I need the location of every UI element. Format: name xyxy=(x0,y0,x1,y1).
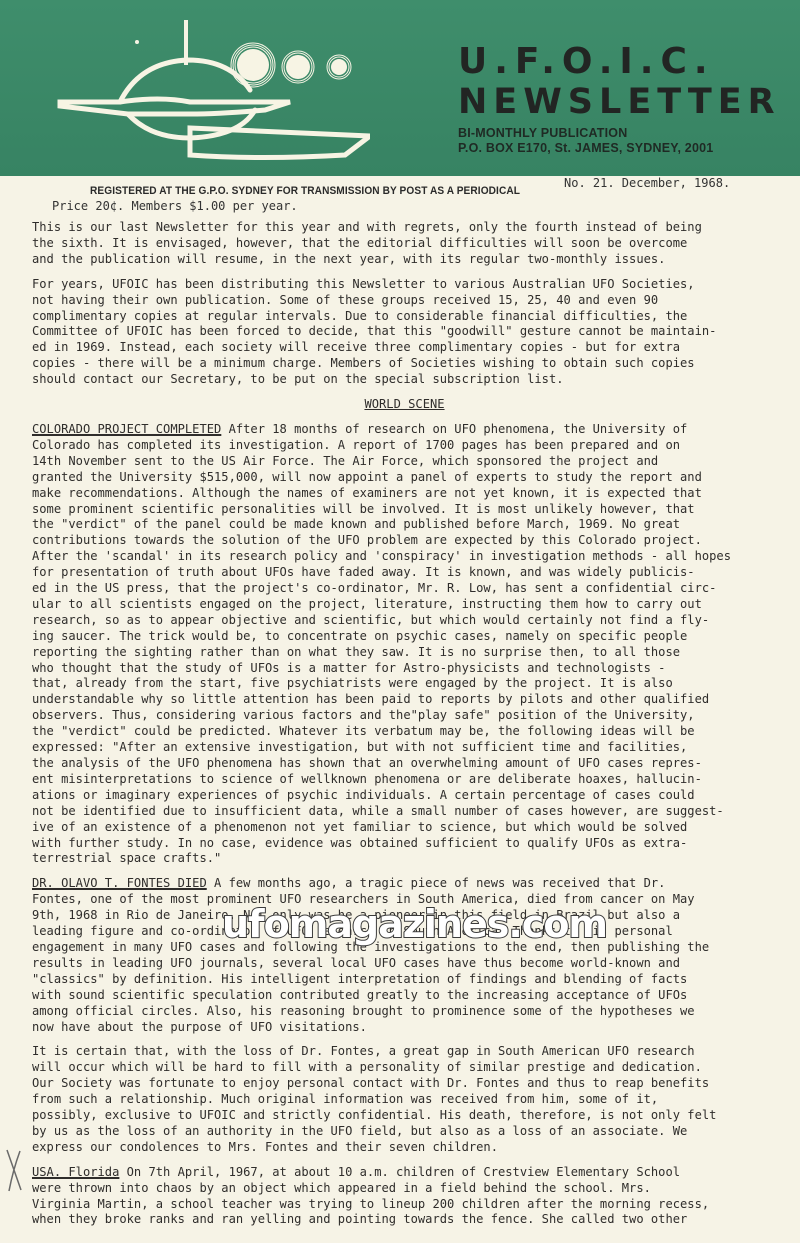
price-line: Price 20¢. Members $1.00 per year. xyxy=(52,199,298,213)
masthead-banner: U.F.O.I.C. NEWSLETTER BI-MONTHLY PUBLICA… xyxy=(0,0,800,176)
article-heading: DR. OLAVO T. FONTES DIED xyxy=(32,876,207,890)
masthead-title: U.F.O.I.C. xyxy=(458,42,781,82)
masthead-title-block: U.F.O.I.C. NEWSLETTER BI-MONTHLY PUBLICA… xyxy=(458,42,781,156)
article-text: On 7th April, 1967, at about 10 a.m. chi… xyxy=(32,1165,709,1227)
article-text: It is certain that, with the loss of Dr.… xyxy=(32,1044,777,1155)
watermark: ufomagazines.com xyxy=(222,902,607,946)
issue-number: No. 21. December, 1968. xyxy=(564,176,730,190)
masthead-newsletter: NEWSLETTER xyxy=(458,82,781,122)
article-colorado: COLORADO PROJECT COMPLETED After 18 mont… xyxy=(32,422,777,867)
pencil-x-mark-icon xyxy=(4,1148,24,1192)
newsletter-body: This is our last Newsletter for this yea… xyxy=(32,220,777,1237)
article-text: After 18 months of research on UFO pheno… xyxy=(32,422,731,865)
article-florida: USA. Florida On 7th April, 1967, at abou… xyxy=(32,1165,777,1229)
flying-saucer-logo-icon xyxy=(40,10,370,175)
intro-paragraph: For years, UFOIC has been distributing t… xyxy=(32,277,777,388)
article-heading: USA. Florida xyxy=(32,1165,119,1179)
article-text: A few months ago, a tragic piece of news… xyxy=(32,876,709,1033)
section-heading-world-scene: WORLD SCENE xyxy=(32,397,777,413)
article-heading: COLORADO PROJECT COMPLETED xyxy=(32,422,221,436)
intro-paragraph: This is our last Newsletter for this yea… xyxy=(32,220,777,268)
masthead-subtitle: BI-MONTHLY PUBLICATION xyxy=(458,126,781,141)
registration-notice: REGISTERED AT THE G.P.O. SYDNEY FOR TRAN… xyxy=(90,185,520,197)
article-fontes: DR. OLAVO T. FONTES DIED A few months ag… xyxy=(32,876,777,1035)
masthead-address: P.O. BOX E170, St. JAMES, SYDNEY, 2001 xyxy=(458,141,781,156)
